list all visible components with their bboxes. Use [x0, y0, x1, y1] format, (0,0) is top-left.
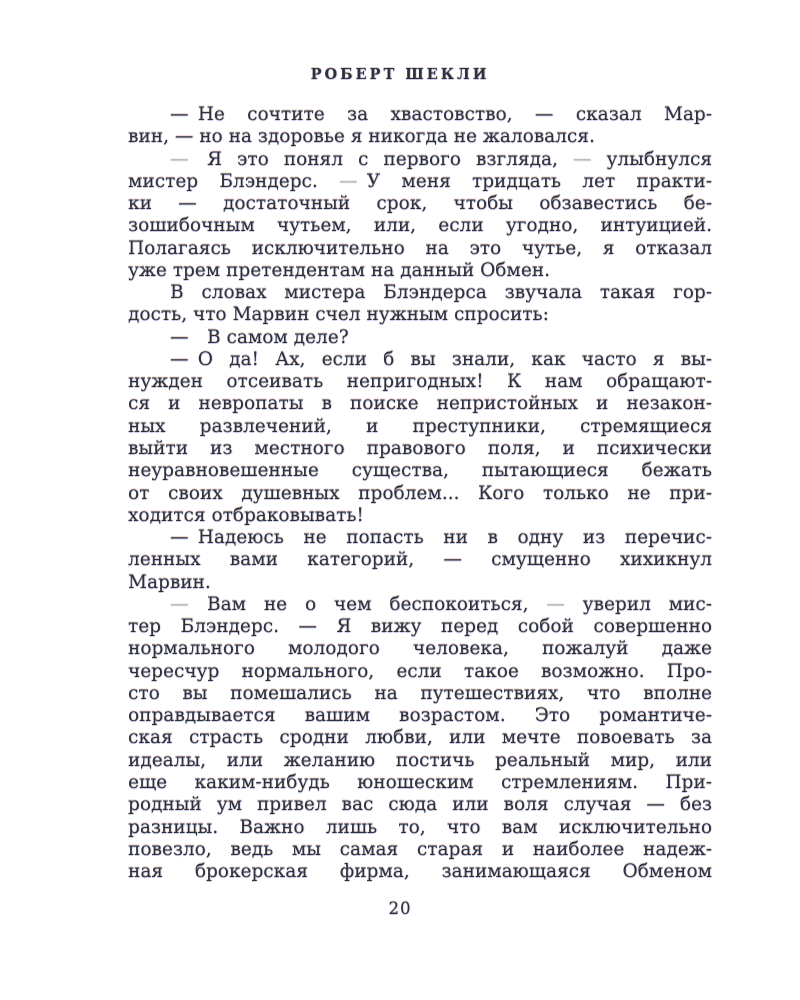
- text-line: ных развлечений, и преступники, стремящи…: [128, 416, 712, 438]
- text-segment: еще каким-нибудь юношеским стремлениям. …: [128, 772, 712, 793]
- text-segment: Марвин.: [128, 572, 211, 593]
- faded-dash: —: [573, 149, 592, 170]
- text-line: ки — достаточный срок, чтобы обзавестись…: [128, 193, 712, 215]
- text-segment: оправдывается вашим возрастом. Это роман…: [128, 705, 712, 726]
- text-line: мистер Блэндерс. — У меня тридцать лет п…: [128, 171, 712, 193]
- text-line: ся и невропаты в поиске непристойных и н…: [128, 393, 712, 415]
- text-line: уже трем претендентам на данный Обмен.: [128, 260, 712, 282]
- text-segment: ся и невропаты в поиске непристойных и н…: [128, 393, 712, 414]
- text-line: — Я это понял с первого взгляда, — улыбн…: [128, 149, 712, 171]
- page-number: 20: [0, 899, 800, 918]
- text-segment: Полагаясь исключительно на это чутье, я …: [128, 238, 712, 259]
- text-segment: Вам не о чем беспокоиться,: [207, 594, 546, 615]
- text-line: выйти из местного правового поля, и псих…: [128, 438, 712, 460]
- text-segment: уже трем претендентам на данный Обмен.: [128, 260, 550, 281]
- text-segment: улыбнулся: [591, 149, 712, 170]
- text-line: чересчур нормального, если такое возможн…: [128, 661, 712, 683]
- text-segment: — Не сочтите за хвастовство, — сказал Ма…: [170, 104, 712, 125]
- text-segment: дость, что Марвин счел нужным спросить:: [128, 304, 549, 325]
- faded-dash: —: [339, 171, 358, 192]
- text-line: тер Блэндерс. — Я вижу перед собой совер…: [128, 616, 712, 638]
- text-line: ходится отбраковывать!: [128, 505, 712, 527]
- text-line: — Не сочтите за хвастовство, — сказал Ма…: [128, 104, 712, 126]
- text-segment: — О да! Ах, если б вы знали, как часто я…: [170, 349, 712, 370]
- text-line: ная брокерская фирма, занимающаяся Обмен…: [128, 861, 712, 883]
- text-line: еще каким-нибудь юношеским стремлениям. …: [128, 772, 712, 794]
- text-line: — О да! Ах, если б вы знали, как часто я…: [128, 349, 712, 371]
- text-segment: ленных вами категорий, — смущенно хихикн…: [128, 549, 712, 570]
- text-segment: нормального молодого человека, пожалуй д…: [128, 638, 712, 659]
- text-segment: Я это понял с первого взгляда,: [207, 149, 573, 170]
- text-line: нормального молодого человека, пожалуй д…: [128, 638, 712, 660]
- text-line: разницы. Важно лишь то, что вам исключит…: [128, 817, 712, 839]
- text-segment: сто вы помешались на путешествиях, что в…: [128, 683, 712, 704]
- text-segment: ных развлечений, и преступники, стремящи…: [128, 416, 712, 437]
- text-segment: уверил мис-: [565, 594, 712, 615]
- text-segment: разницы. Важно лишь то, что вам исключит…: [128, 817, 712, 838]
- text-segment: У меня тридцать лет практи-: [358, 171, 712, 192]
- faded-dash: —: [546, 594, 565, 615]
- faded-dash: —: [170, 594, 207, 615]
- text-line: вин, — но на здоровье я никогда не жалов…: [128, 126, 712, 148]
- text-segment: родный ум привел вас сюда или воля случа…: [128, 794, 712, 815]
- text-line: оправдывается вашим возрастом. Это роман…: [128, 705, 712, 727]
- book-page: РОБЕРТ ШЕКЛИ — Не сочтите за хвастовство…: [0, 0, 800, 1000]
- text-line: сто вы помешались на путешествиях, что в…: [128, 683, 712, 705]
- text-segment: ская страсть сродни любви, или мечте пов…: [128, 727, 712, 748]
- text-segment: ки — достаточный срок, чтобы обзавестись…: [128, 193, 712, 214]
- text-segment: тер Блэндерс. — Я вижу перед собой совер…: [128, 616, 712, 637]
- faded-dash: —: [170, 149, 207, 170]
- text-segment: — В самом деле?: [170, 327, 349, 348]
- text-segment: ная брокерская фирма, занимающаяся Обмен…: [128, 861, 712, 882]
- text-line: ская страсть сродни любви, или мечте пов…: [128, 727, 712, 749]
- text-line: ленных вами категорий, — смущенно хихикн…: [128, 549, 712, 571]
- text-line: В словах мистера Блэндерса звучала такая…: [128, 282, 712, 304]
- text-segment: от своих душевных проблем... Кого только…: [128, 483, 712, 504]
- text-segment: — Надеюсь не попасть ни в одну из перечи…: [170, 527, 712, 548]
- text-line: идеалы, или желанию постичь реальный мир…: [128, 750, 712, 772]
- text-segment: вин, — но на здоровье я никогда не жалов…: [128, 126, 595, 147]
- text-line: неуравновешенные существа, пытающиеся бе…: [128, 460, 712, 482]
- text-column: — Не сочтите за хвастовство, — сказал Ма…: [128, 104, 712, 883]
- text-line: родный ум привел вас сюда или воля случа…: [128, 794, 712, 816]
- text-line: Полагаясь исключительно на это чутье, я …: [128, 238, 712, 260]
- text-line: дость, что Марвин счел нужным спросить:: [128, 304, 712, 326]
- text-line: — Вам не о чем беспокоиться, — уверил ми…: [128, 594, 712, 616]
- text-segment: идеалы, или желанию постичь реальный мир…: [128, 750, 712, 771]
- text-segment: выйти из местного правового поля, и псих…: [128, 438, 712, 459]
- text-segment: В словах мистера Блэндерса звучала такая…: [170, 282, 712, 303]
- text-segment: нужден отсеивать непригодных! К нам обра…: [128, 371, 712, 392]
- text-line: нужден отсеивать непригодных! К нам обра…: [128, 371, 712, 393]
- text-line: зошибочным чутьем, или, если угодно, инт…: [128, 215, 712, 237]
- text-segment: мистер Блэндерс.: [128, 171, 339, 192]
- running-title: РОБЕРТ ШЕКЛИ: [0, 66, 800, 83]
- text-line: повезло, ведь мы самая старая и наиболее…: [128, 839, 712, 861]
- text-segment: ходится отбраковывать!: [128, 505, 364, 526]
- text-segment: зошибочным чутьем, или, если угодно, инт…: [128, 215, 712, 236]
- text-segment: неуравновешенные существа, пытающиеся бе…: [128, 460, 712, 481]
- text-line: от своих душевных проблем... Кого только…: [128, 483, 712, 505]
- text-segment: чересчур нормального, если такое возможн…: [128, 661, 712, 682]
- text-segment: повезло, ведь мы самая старая и наиболее…: [128, 839, 712, 860]
- text-line: — Надеюсь не попасть ни в одну из перечи…: [128, 527, 712, 549]
- text-line: — В самом деле?: [128, 327, 712, 349]
- text-line: Марвин.: [128, 572, 712, 594]
